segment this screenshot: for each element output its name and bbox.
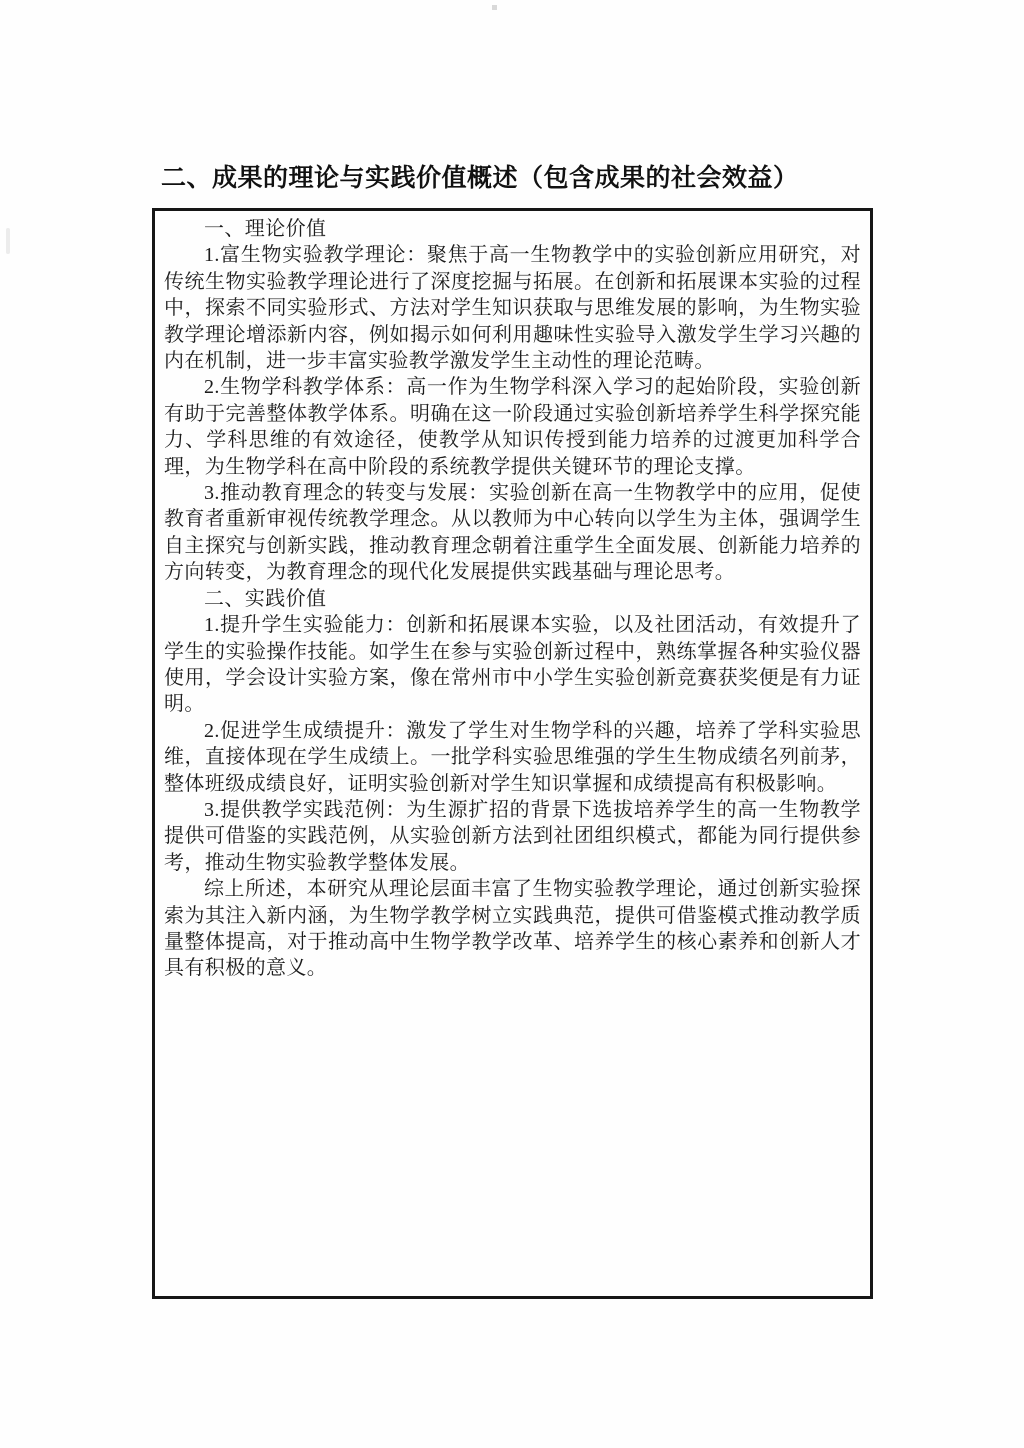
theory-paragraph-1: 1.富生物实验教学理论：聚焦于高一生物教学中的实验创新应用研究，对传统生物实验教… bbox=[164, 242, 861, 374]
practice-paragraph-1: 1.提升学生实验能力：创新和拓展课本实验，以及社团活动，有效提升了学生的实验操作… bbox=[164, 612, 861, 718]
content-border-box: 一、理论价值 1.富生物实验教学理论：聚焦于高一生物教学中的实验创新应用研究，对… bbox=[152, 208, 873, 1299]
practice-paragraph-3: 3.提供教学实践范例：为生源扩招的背景下选拔培养学生的高一生物教学提供可借鉴的实… bbox=[164, 797, 861, 876]
practice-value-heading: 二、实践价值 bbox=[164, 586, 861, 612]
scanned-document-page: 二、成果的理论与实践价值概述（包含成果的社会效益） 一、理论价值 1.富生物实验… bbox=[0, 0, 1024, 1448]
summary-paragraph: 综上所述，本研究从理论层面丰富了生物实验教学理论，通过创新实验探索为其注入新内涵… bbox=[164, 876, 861, 982]
scan-artifact-smudge bbox=[6, 228, 10, 254]
scan-artifact-speck bbox=[492, 5, 497, 10]
theory-paragraph-2: 2.生物学科教学体系：高一作为生物学科深入学习的起始阶段，实验创新有助于完善整体… bbox=[164, 374, 861, 480]
theory-paragraph-3: 3.推动教育理念的转变与发展：实验创新在高一生物教学中的应用，促使教育者重新审视… bbox=[164, 480, 861, 586]
content-area: 一、理论价值 1.富生物实验教学理论：聚焦于高一生物教学中的实验创新应用研究，对… bbox=[155, 211, 870, 982]
practice-paragraph-2: 2.促进学生成绩提升：激发了学生对生物学科的兴趣，培养了学科实验思维，直接体现在… bbox=[164, 718, 861, 797]
section-title: 二、成果的理论与实践价值概述（包含成果的社会效益） bbox=[161, 163, 821, 195]
theory-value-heading: 一、理论价值 bbox=[164, 216, 861, 242]
